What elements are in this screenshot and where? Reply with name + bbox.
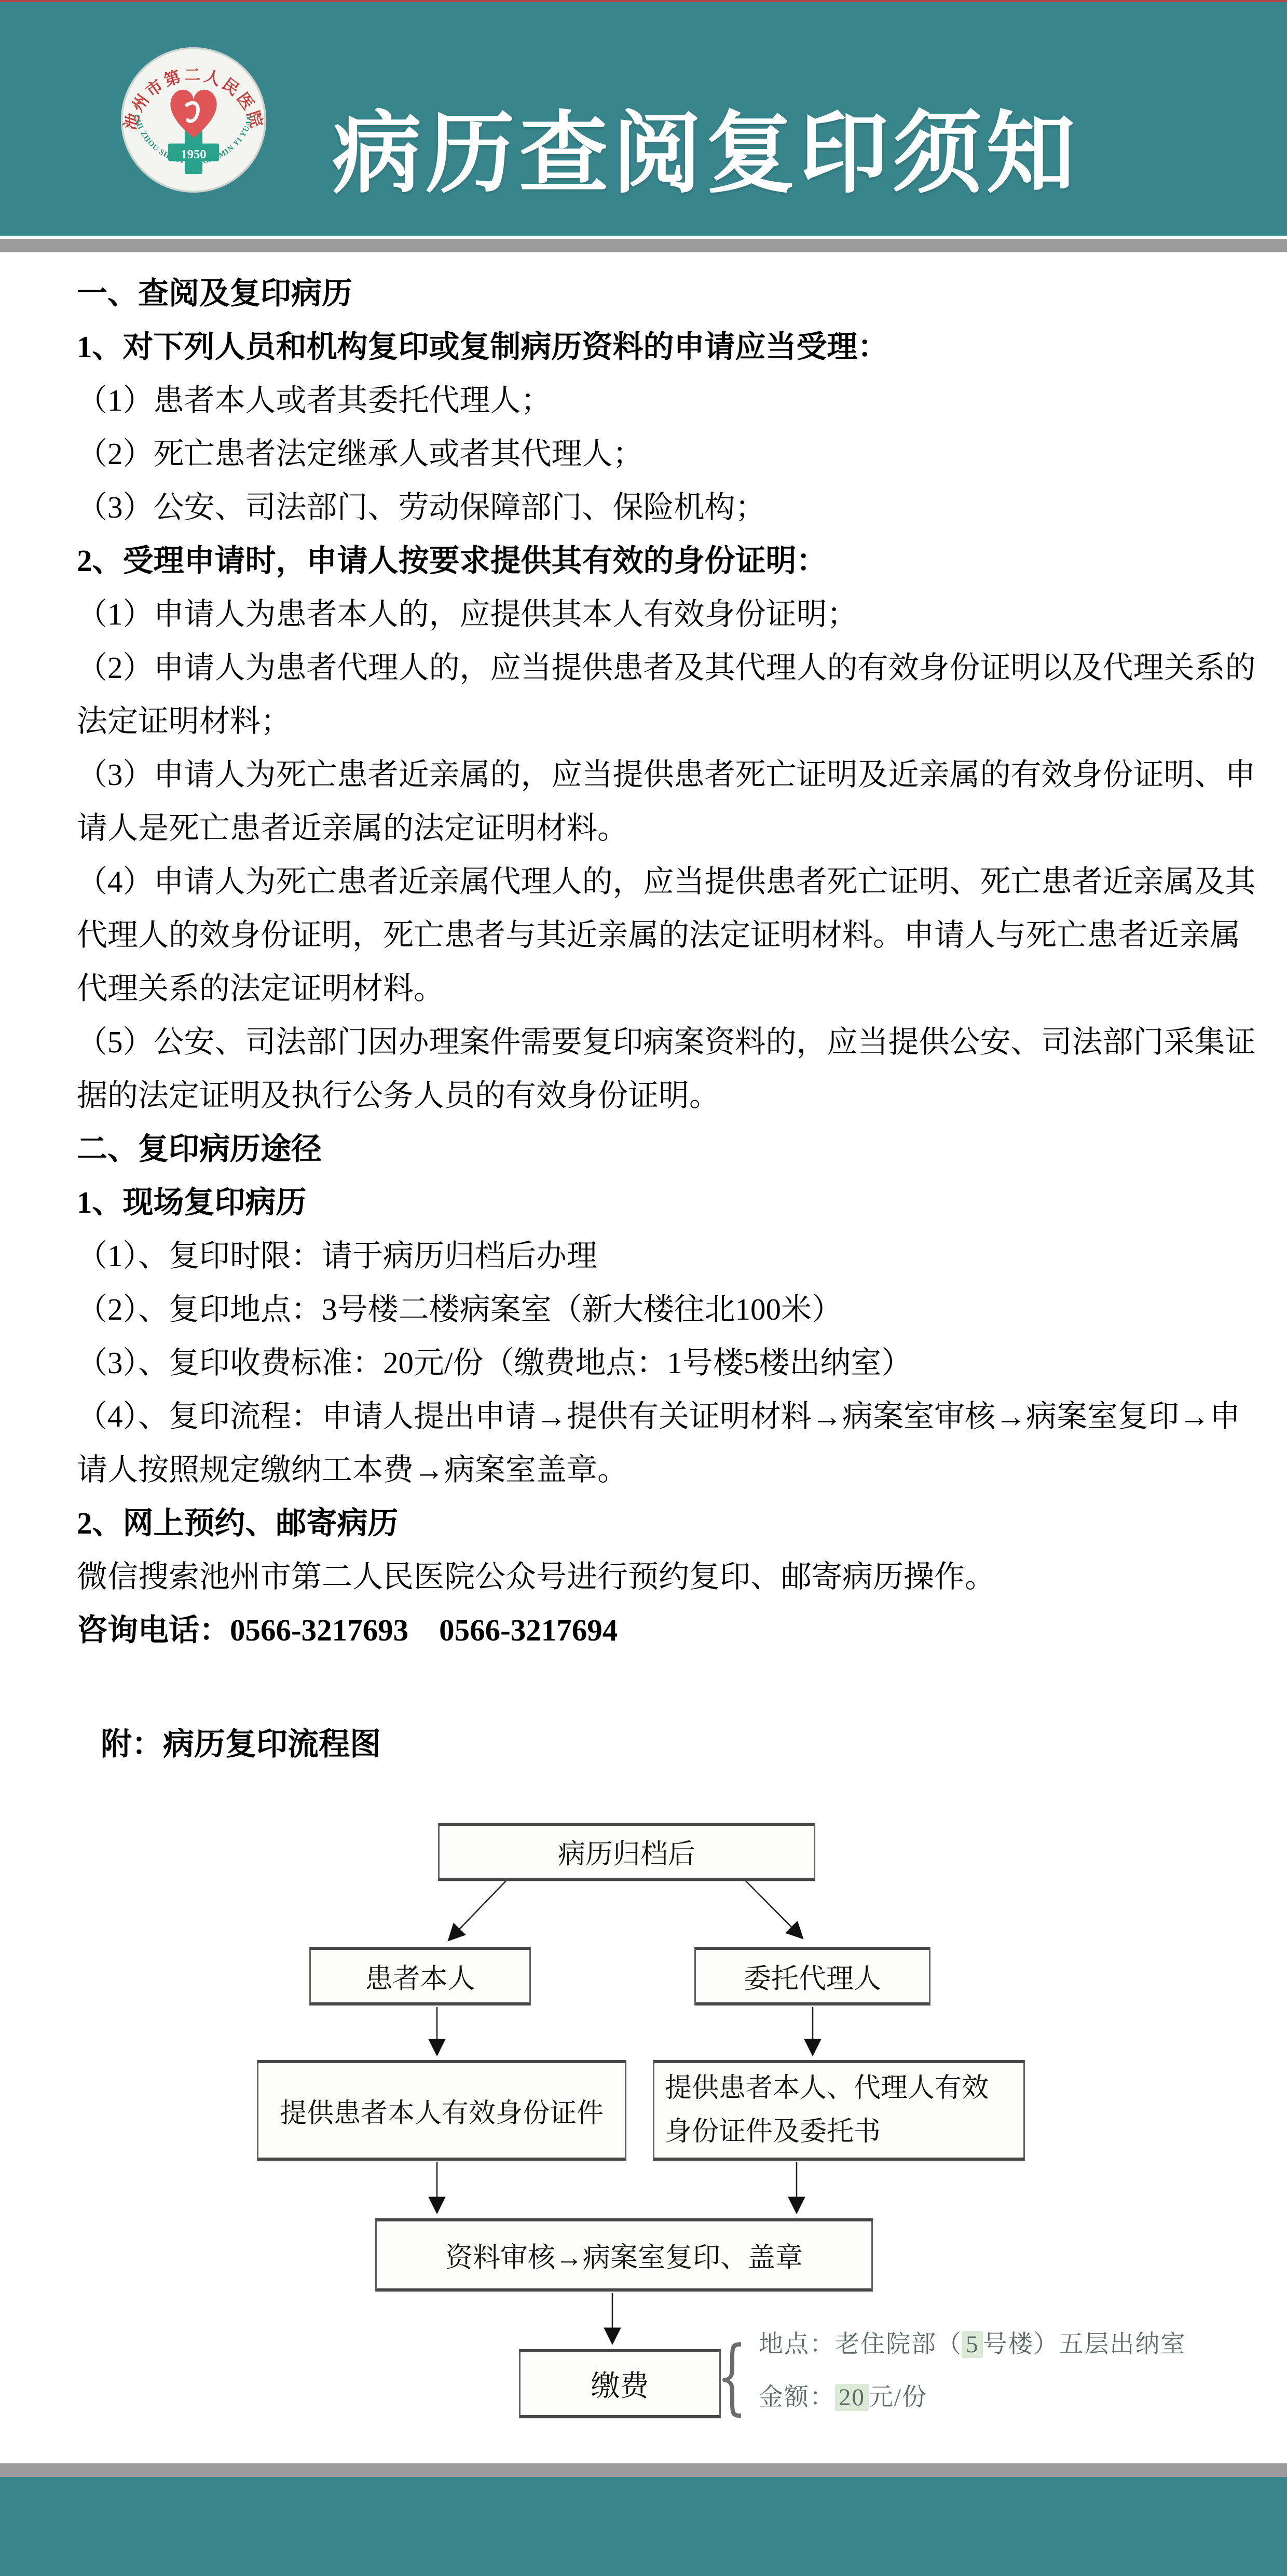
rule-2-item-4: （4）申请人为死亡患者近亲属代理人的，应当提供患者死亡证明、死亡患者近亲属及其代… [77,855,1256,1015]
rule-2-item-3: （3）申请人为死亡患者近亲属的，应当提供患者死亡证明及近亲属的有效身份证明、申请… [77,748,1256,855]
note-location-text: 地点：老住院部（ [759,2331,962,2358]
onsite-item-fee: （3）、复印收费标准：20元/份（缴费地点：1号楼5楼出纳室） [77,1336,1256,1390]
rule-1-item-2: （2）死亡患者法定继承人或者其代理人； [77,427,1256,481]
rule-1-item-1: （1）患者本人或者其委托代理人； [77,374,1256,427]
note-amount-highlight: 20 [835,2384,869,2411]
flowchart-node-archived: 病历归档后 [438,1823,815,1881]
rule-2-item-1: （1）申请人为患者本人的，应提供其本人有效身份证明； [77,588,1256,641]
notice-page: 池州市第二人民医院 CHI ZHOU SHI DI ER REN MIN YI … [0,0,1287,2576]
page-title: 病历查阅复印须知 [332,82,1079,210]
top-edge-line [0,0,1287,2]
note-location-text-2: 号楼）五层出纳室 [983,2331,1186,2358]
onsite-item-place: （2）、复印地点：3号楼二楼病案室（新大楼往北100米） [77,1283,1256,1336]
onsite-item-time: （1）、复印时限：请于病历归档后办理 [77,1229,1256,1283]
online-copy-heading: 2、网上预约、邮寄病历 [77,1497,1256,1550]
rule-2-item-5: （5）公安、司法部门因办理案件需要复印病案资料的，应当提供公安、司法部门采集证据… [77,1015,1256,1122]
flowchart-node-agent: 委托代理人 [694,1947,930,2005]
flowchart-title: 附：病历复印流程图 [101,1719,381,1764]
payment-note-amount: 金额：20元/份 [759,2378,927,2412]
note-amount-text: 金额： [759,2384,835,2411]
online-copy-text: 微信搜索池州市第二人民医院公众号进行预约复印、邮寄病历操作。 [77,1550,1256,1604]
hospital-logo: 池州市第二人民医院 CHI ZHOU SHI DI ER REN MIN YI … [120,46,267,194]
notice-body: 一、查阅及复印病历 1、对下列人员和机构复印或复制病历资料的申请应当受理： （1… [77,252,1256,1657]
rule-2-item-2: （2）申请人为患者代理人的，应当提供患者及其代理人的有效身份证明以及代理关系的法… [77,641,1256,748]
section-1-heading: 一、查阅及复印病历 [77,267,1256,320]
hotline-numbers: 咨询电话：0566-3217693 0566-3217694 [77,1604,1256,1657]
rule-1-item-3: （3）公安、司法部门、劳动保障部门、保险机构； [77,481,1256,534]
rule-2-heading: 2、受理申请时，申请人按要求提供其有效的身份证明： [77,534,1256,588]
flowchart-node-patient-id: 提供患者本人有效身份证件 [257,2060,626,2161]
flowchart-node-agent-id: 提供患者本人、代理人有效身份证件及委托书 [653,2060,1025,2161]
payment-brace: { [717,2333,747,2420]
onsite-copy-heading: 1、现场复印病历 [77,1176,1256,1229]
header-gray-bar [0,239,1287,252]
rule-1-heading: 1、对下列人员和机构复印或复制病历资料的申请应当受理： [77,320,1256,374]
note-location-highlight: 5 [962,2331,983,2358]
flowchart-node-pay: 缴费 [519,2349,721,2418]
footer-teal-band [0,2477,1287,2576]
flowchart-node-patient-self: 患者本人 [309,1947,531,2005]
flowchart-node-review-copy: 资料审核→病案室复印、盖章 [375,2218,873,2292]
footer-gray-bar [0,2463,1287,2477]
payment-note-location: 地点：老住院部（5号楼）五层出纳室 [759,2325,1186,2360]
arrow-archive-to-agent [746,1881,802,1937]
arrow-archive-to-patient [449,1881,506,1940]
section-2-heading: 二、复印病历途径 [77,1122,1256,1176]
onsite-item-process: （4）、复印流程：申请人提出申请→提供有关证明材料→病案室审核→病案室复印→申请… [77,1390,1256,1497]
note-amount-text-2: 元/份 [869,2384,927,2411]
logo-year: 1950 [181,147,206,161]
